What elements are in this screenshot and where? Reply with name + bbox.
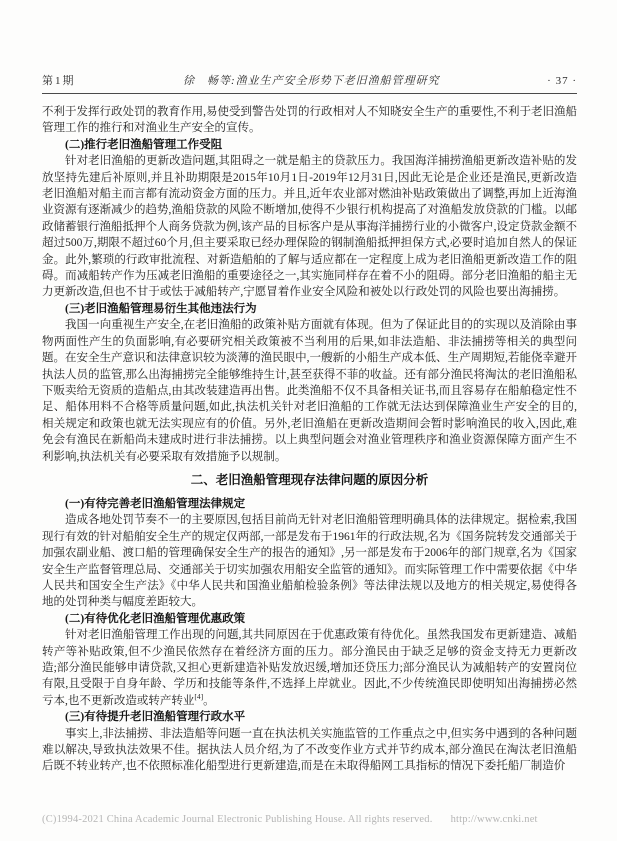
section-heading: 二、老旧渔船管理现存法律问题的原因分析 — [42, 472, 577, 489]
subsection-heading: (三)有待提升老旧渔船管理行政水平 — [42, 709, 577, 725]
page-number: · 37 · — [547, 75, 577, 87]
running-title: 徐 畅等:渔业生产安全形势下老旧渔船管理研究 — [183, 72, 440, 88]
copyright-notice: (C)1994-2021 China Academic Journal Elec… — [42, 814, 433, 825]
body-content: 不利于发挥行政处罚的教育作用,易使受到警告处罚的行政相对人不知晓安全生产的重要性… — [42, 104, 577, 775]
reference-marker: [4] — [194, 692, 203, 701]
cnki-url: http://www.cnki.net — [451, 814, 538, 825]
journal-issue: 第1期 — [42, 72, 76, 88]
subsection-heading: (二)推行老旧渔船管理工作受阻 — [42, 137, 577, 153]
scanned-paper-page: 第1期 徐 畅等:渔业生产安全形势下老旧渔船管理研究 · 37 · 不利于发挥行… — [0, 0, 617, 841]
subsection-heading: (一)有待完善老旧渔船管理法律规定 — [42, 496, 577, 512]
subsection-heading: (二)有待优化老旧渔船管理优惠政策 — [42, 611, 577, 627]
page-footer: (C)1994-2021 China Academic Journal Elec… — [42, 814, 577, 825]
paragraph: 事实上,非法捕捞、非法造船等问题一直在执法机关实施监管的工作重点之中,但实务中遇… — [42, 726, 577, 775]
continued-paragraph: 不利于发挥行政处罚的教育作用,易使受到警告处罚的行政相对人不知晓安全生产的重要性… — [42, 104, 577, 137]
paragraph: 造成各地处罚节奏不一的主要原因,包括目前尚无针对老旧渔船管理明确具体的法律规定。… — [42, 512, 577, 610]
paragraph: 针对老旧渔船管理工作出现的问题,其共同原因在于优惠政策有待优化。虽然我国发布更新… — [42, 627, 577, 709]
page-header: 第1期 徐 畅等:渔业生产安全形势下老旧渔船管理研究 · 37 · — [42, 72, 577, 94]
subsection-heading: (三)老旧渔船管理易衍生其他违法行为 — [42, 301, 577, 317]
paragraph: 我国一向重视生产安全,在老旧渔船的政策补贴方面就有体现。但为了保证此目的的实现以… — [42, 317, 577, 465]
paragraph: 针对老旧渔船的更新改造问题,其阻碍之一就是船主的贷款压力。我国海洋捕捞渔船更新改… — [42, 153, 577, 301]
